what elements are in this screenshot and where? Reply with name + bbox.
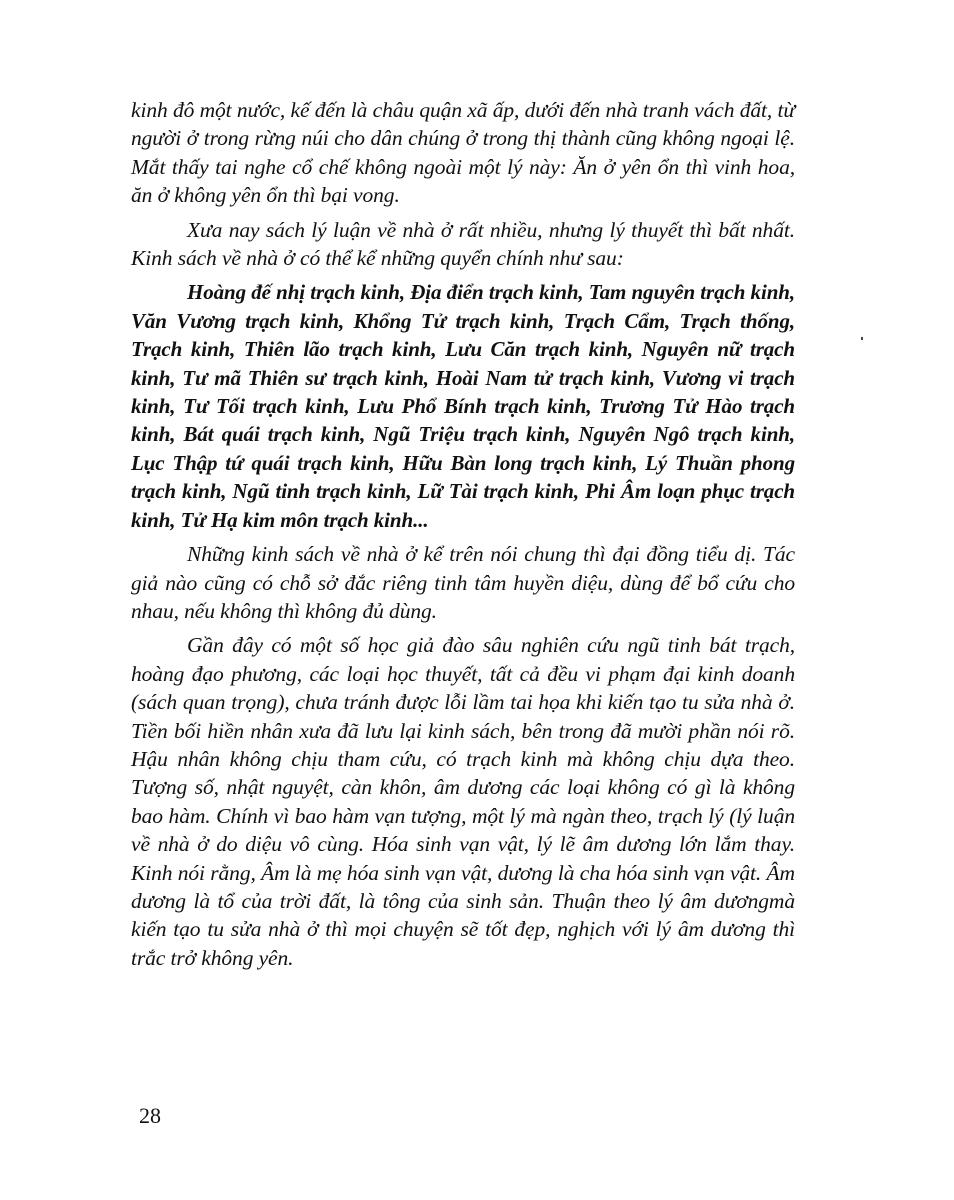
paragraph-2: Xưa nay sách lý luận về nhà ở rất nhiều,… bbox=[131, 216, 795, 273]
body-text: kinh đô một nước, kế đến là châu quận xã… bbox=[131, 96, 795, 972]
paragraph-5: Gần đây có một số học giả đào sâu nghiên… bbox=[131, 631, 795, 972]
paragraph-book-list: Hoàng đế nhị trạch kinh, Địa điển trạch … bbox=[131, 278, 795, 534]
page-number: 28 bbox=[139, 1103, 161, 1129]
scan-speck bbox=[861, 337, 863, 340]
paragraph-4: Những kinh sách về nhà ở kể trên nói chu… bbox=[131, 540, 795, 625]
book-page: kinh đô một nước, kế đến là châu quận xã… bbox=[0, 0, 954, 1200]
paragraph-1: kinh đô một nước, kế đến là châu quận xã… bbox=[131, 96, 795, 210]
